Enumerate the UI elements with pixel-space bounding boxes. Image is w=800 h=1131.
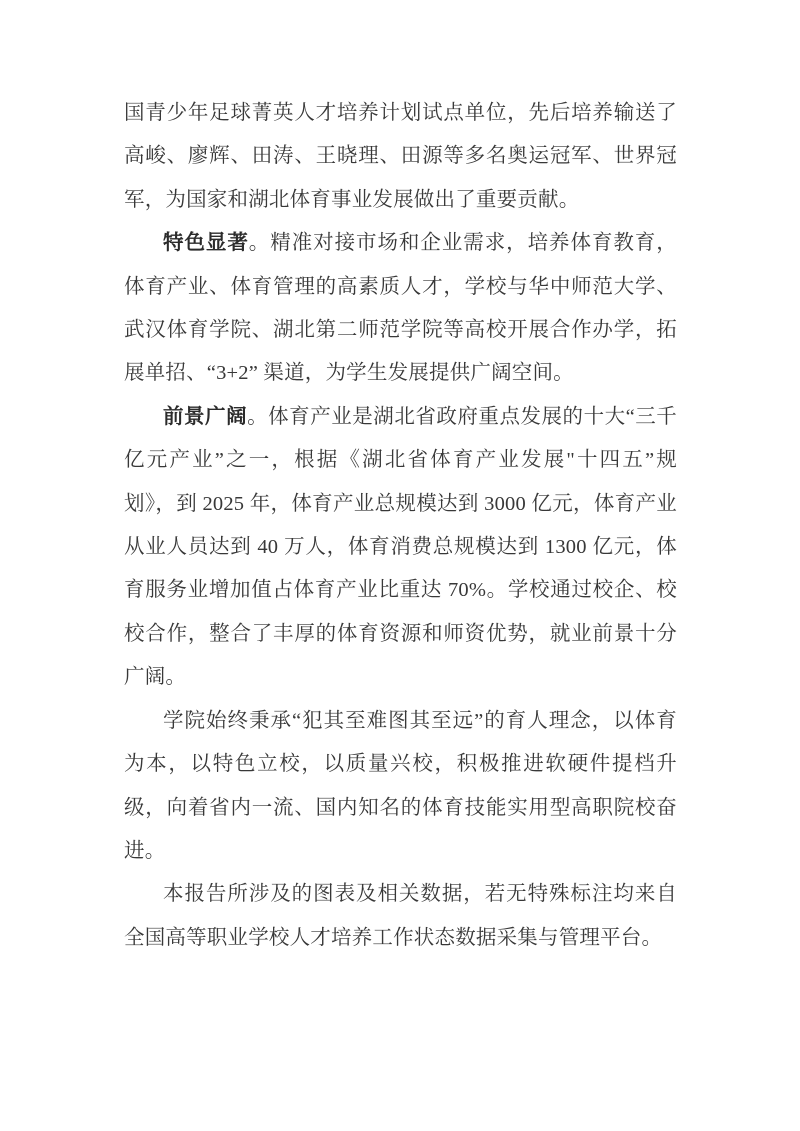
paragraph: 本报告所涉及的图表及相关数据，若无特殊标注均来自全国高等职业学校人才培养工作状态…	[124, 873, 677, 960]
paragraph-text: 本报告所涉及的图表及相关数据，若无特殊标注均来自全国高等职业学校人才培养工作状态…	[124, 883, 677, 948]
paragraph-text: 学院始终秉承“犯其至难图其至远”的育人理念，以体育为本，以特色立校，以质量兴校，…	[124, 710, 677, 862]
paragraph-text: 。精准对接市场和企业需求，培养体育教育，体育产业、体育管理的高素质人才，学校与华…	[124, 232, 677, 384]
paragraph: 特色显著。精准对接市场和企业需求，培养体育教育，体育产业、体育管理的高素质人才，…	[124, 222, 677, 396]
paragraph: 国青少年足球菁英人才培养计划试点单位，先后培养输送了高峻、廖辉、田涛、王晓理、田…	[124, 92, 677, 222]
document-body: 国青少年足球菁英人才培养计划试点单位，先后培养输送了高峻、廖辉、田涛、王晓理、田…	[124, 92, 677, 960]
paragraph-text: 。体育产业是湖北省政府重点发展的十大“三千亿元产业”之一，根据《湖北省体育产业发…	[124, 406, 677, 688]
paragraph-lead: 前景广阔	[163, 406, 247, 428]
paragraph: 学院始终秉承“犯其至难图其至远”的育人理念，以体育为本，以特色立校，以质量兴校，…	[124, 700, 677, 874]
paragraph-text: 国青少年足球菁英人才培养计划试点单位，先后培养输送了高峻、廖辉、田涛、王晓理、田…	[124, 102, 677, 211]
document-page: 国青少年足球菁英人才培养计划试点单位，先后培养输送了高峻、廖辉、田涛、王晓理、田…	[0, 0, 800, 1131]
paragraph-lead: 特色显著	[163, 232, 249, 254]
paragraph: 前景广阔。体育产业是湖北省政府重点发展的十大“三千亿元产业”之一，根据《湖北省体…	[124, 396, 677, 700]
